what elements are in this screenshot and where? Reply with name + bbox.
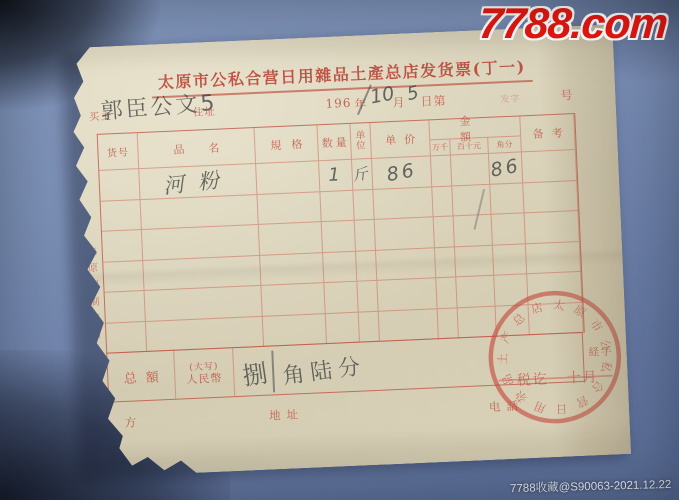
cell-row1-price: 86 — [372, 156, 432, 189]
empty-cell — [323, 251, 357, 283]
empty-cell — [377, 278, 437, 311]
item-name-handwriting: 河粉 — [161, 162, 234, 200]
header-remarks: 备考 — [520, 114, 576, 152]
empty-cell — [263, 314, 327, 347]
header-amount-sub-wq: 万千 — [430, 140, 451, 157]
item-amount-handwriting: 86 — [489, 154, 523, 181]
empty-cell — [356, 250, 377, 281]
cell-row1-wq — [431, 155, 452, 186]
header-unit-text: 单位 — [354, 131, 367, 152]
empty-cell — [105, 291, 146, 323]
header-price: 单价 — [370, 120, 431, 159]
header-qty: 数量 — [317, 124, 352, 161]
header-item-no: 货号 — [98, 133, 140, 171]
total-handwriting-2: 角陆分 — [280, 349, 367, 391]
empty-cell — [379, 309, 439, 342]
watermark-7788-logo: 7788.com — [477, 0, 668, 49]
empty-cell — [376, 248, 436, 281]
empty-cell — [106, 321, 147, 353]
tax-stamp: 太原市公私合营日用杂品土产总店 税讫 十月 — [475, 277, 637, 439]
header-name: 品名 — [138, 128, 256, 169]
footer-address-label: 地址 — [269, 406, 305, 424]
stamp-center-left-text: 税讫 — [516, 371, 549, 388]
receipt-paper: 太原市公私合营日用雜品土產总店发货票(丁一) 买主 郭臣公文5 住址 196 年… — [68, 24, 631, 477]
empty-cell — [357, 281, 378, 312]
currency-label: 人民幣 — [186, 373, 222, 386]
date-month-char: 月 — [392, 93, 406, 111]
seller-char: 方 — [124, 413, 138, 431]
cell-row1-bsy — [451, 154, 490, 186]
serial-faint-chars: 发字 — [500, 91, 521, 105]
empty-cell — [353, 189, 374, 220]
address-label: 住址 — [192, 104, 216, 120]
empty-cell — [359, 311, 380, 342]
date-day-serial-chars: 日第 — [420, 92, 447, 110]
empty-cell — [435, 247, 456, 278]
cell-row1-remarks — [522, 150, 577, 183]
pencil-divider-stroke — [271, 351, 274, 393]
cell-row1-spec — [256, 161, 320, 194]
header-spec: 規格 — [255, 125, 320, 164]
header-unit: 单位 — [350, 123, 372, 160]
empty-cell — [452, 184, 491, 216]
empty-cell — [526, 241, 581, 274]
header-amount-sub-jf: 角分 — [488, 136, 522, 153]
empty-cell — [434, 216, 455, 247]
empty-cell — [102, 230, 143, 262]
empty-cell — [103, 261, 144, 293]
item-qty-handwriting: 1 — [328, 164, 343, 186]
cell-row1-itemno — [99, 169, 140, 201]
header-amount-sub-bsy: 百十元 — [450, 138, 489, 156]
empty-cell — [373, 187, 433, 220]
cell-row1-qty: 1 — [319, 160, 353, 192]
empty-cell — [320, 190, 354, 222]
empty-cell — [493, 244, 527, 276]
empty-cell — [492, 213, 526, 245]
empty-cell — [257, 192, 321, 225]
item-price-handwriting: 86 — [385, 159, 419, 186]
date-year-preprint: 196 — [325, 96, 351, 111]
cell-row1-unit: 斤 — [352, 159, 373, 190]
empty-cell — [438, 308, 459, 339]
total-handwriting-1: 捌 — [240, 354, 270, 393]
empty-cell — [326, 312, 360, 344]
empty-cell — [455, 245, 494, 277]
empty-cell — [324, 282, 358, 314]
serial-end-char: 号 — [560, 86, 574, 104]
empty-cell — [454, 215, 493, 247]
stamp-center-right-text: 十月 — [566, 369, 599, 386]
cell-row1-jf: 86 — [489, 152, 523, 184]
total-daxie-currency: (大写) 人民幣 — [174, 348, 235, 399]
empty-cell — [259, 222, 323, 255]
empty-cell — [322, 221, 356, 253]
empty-cell — [355, 220, 376, 251]
total-label: 总額 — [107, 351, 176, 402]
empty-cell — [432, 186, 453, 217]
empty-cell — [523, 181, 578, 214]
empty-cell — [375, 217, 435, 250]
empty-cell — [490, 183, 524, 215]
empty-cell — [101, 200, 142, 232]
empty-cell — [436, 277, 457, 308]
empty-cell — [261, 283, 325, 316]
collector-credit-caption: 7788收藏@S90063-2021.12.22 — [510, 476, 672, 496]
item-unit-handwriting: 斤 — [352, 162, 373, 185]
empty-cell — [260, 253, 324, 286]
empty-cell — [525, 211, 580, 244]
